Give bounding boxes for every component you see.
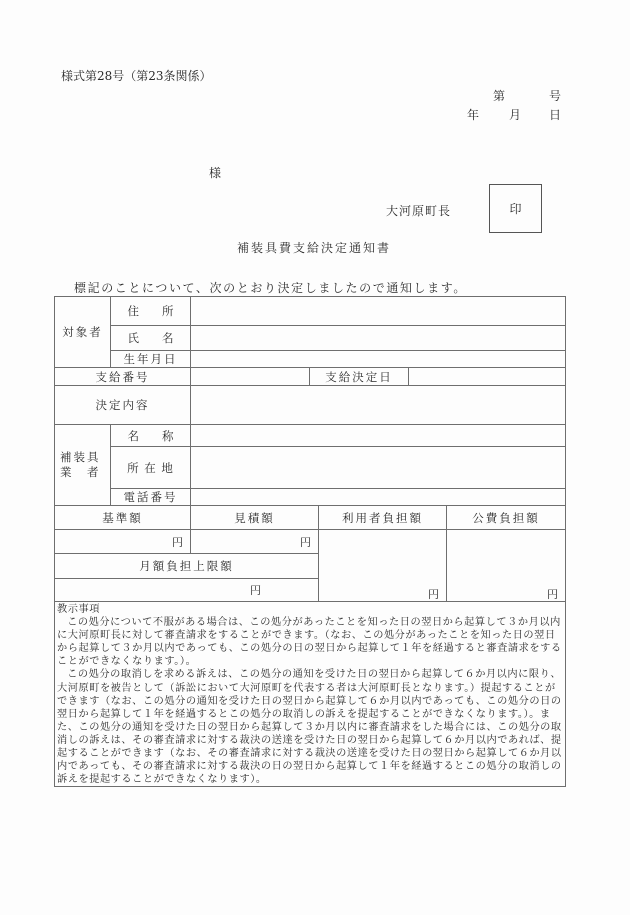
doc-number-prefix: 第 <box>493 89 505 103</box>
vendor-name-label: 名 称 <box>111 425 190 446</box>
estimate-amount-header: 見積額 <box>191 506 318 529</box>
form-number: 様式第28号（第23条関係） <box>61 69 212 83</box>
public-burden-header: 公費負担額 <box>447 506 565 529</box>
payment-number-field[interactable] <box>191 368 309 385</box>
vendor-group-label-line1: 補装具 <box>60 450 101 465</box>
payment-number-label: 支給番号 <box>55 368 190 385</box>
document-title: 補装具費支給決定通知書 <box>237 241 391 255</box>
base-amount-field[interactable] <box>55 530 175 553</box>
intro-text: 標記のことについて、次のとおり決定しましたので通知します。 <box>74 279 467 296</box>
doc-number-suffix: 号 <box>549 89 561 103</box>
user-burden-yen: 円 <box>428 586 439 602</box>
vendor-group-label-line2: 業 者 <box>60 465 101 480</box>
decision-date-field[interactable] <box>409 368 565 385</box>
public-burden-field[interactable] <box>447 530 547 601</box>
name-field[interactable] <box>191 326 565 350</box>
decision-content-field[interactable] <box>191 386 565 424</box>
vendor-group-label: 補装具 業 者 <box>60 450 101 480</box>
notice-section: 教示事項 この処分について不服がある場合は、この処分があったことを知った日の翌日… <box>57 603 563 786</box>
base-amount-yen: 円 <box>172 534 183 550</box>
seal-label: 印 <box>509 200 521 217</box>
name-label: 氏 名 <box>111 326 190 350</box>
vendor-name-field[interactable] <box>191 425 565 446</box>
decision-date-label: 支給決定日 <box>310 368 408 385</box>
estimate-amount-yen: 円 <box>300 534 311 550</box>
user-burden-header: 利用者負担額 <box>319 506 446 529</box>
issuer-title: 大河原町長 <box>386 204 451 218</box>
date-day: 日 <box>549 108 561 122</box>
vendor-location-field[interactable] <box>191 447 565 488</box>
address-label: 住 所 <box>111 297 190 325</box>
public-burden-yen: 円 <box>547 586 558 602</box>
user-burden-field[interactable] <box>319 530 429 601</box>
subject-group-label: 対象者 <box>55 297 110 367</box>
birthdate-field[interactable] <box>191 351 565 367</box>
date-month: 月 <box>509 108 521 122</box>
notice-paragraph-lawsuit: この処分の取消しを求める訴えは、この処分の通知を受けた日の翌日から起算して６か月… <box>57 668 563 786</box>
address-field[interactable] <box>191 297 565 325</box>
vendor-phone-label: 電話番号 <box>111 489 190 505</box>
notice-paragraph-appeal: この処分について不服がある場合は、この処分があったことを知った日の翌日から起算し… <box>57 616 563 668</box>
monthly-cap-field[interactable] <box>55 579 245 601</box>
birthdate-label: 生年月日 <box>111 351 190 367</box>
estimate-amount-field[interactable] <box>191 530 301 553</box>
vendor-location-label: 所 在 地 <box>111 447 190 488</box>
decision-content-label: 決定内容 <box>55 386 190 424</box>
monthly-cap-yen: 円 <box>250 582 261 598</box>
base-amount-header: 基準額 <box>55 506 190 529</box>
addressee-honorific: 様 <box>209 166 221 180</box>
vendor-phone-field[interactable] <box>191 489 565 505</box>
notice-heading: 教示事項 <box>57 603 563 616</box>
date-year: 年 <box>467 108 479 122</box>
seal-box: 印 <box>489 184 542 233</box>
monthly-cap-label: 月額負担上限額 <box>55 554 318 578</box>
